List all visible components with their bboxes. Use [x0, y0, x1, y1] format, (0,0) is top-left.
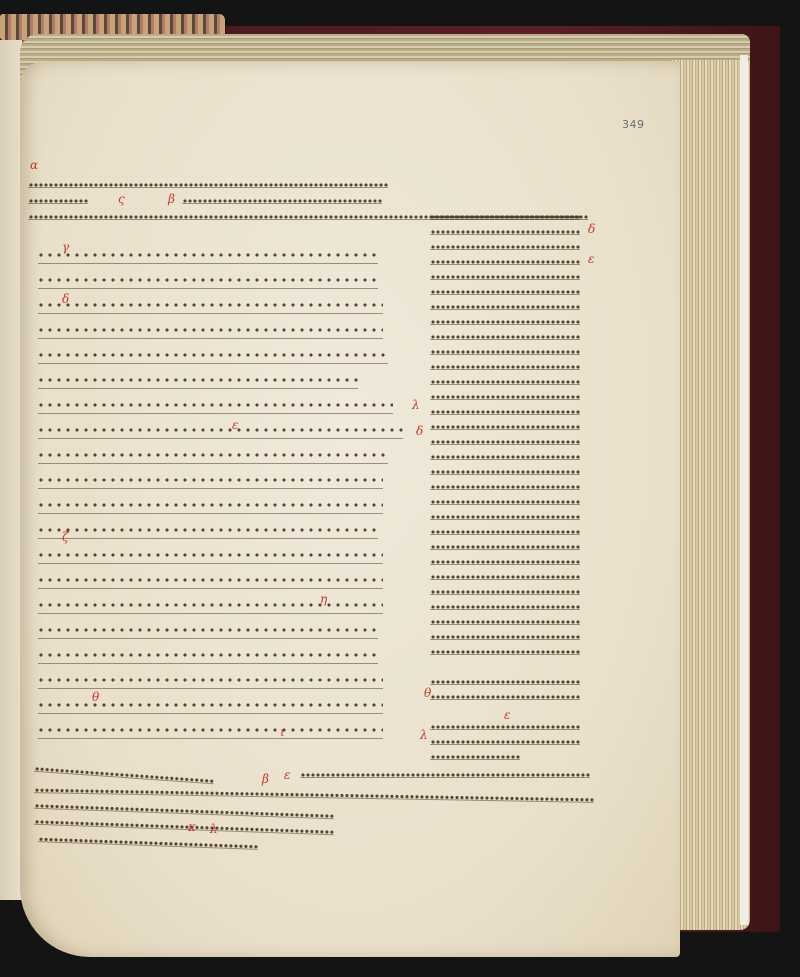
script-line [38, 550, 383, 564]
rubric-mark: λ [210, 822, 218, 836]
script-line [430, 737, 580, 745]
script-line [38, 350, 388, 364]
script-line [430, 482, 580, 490]
script-line [430, 587, 580, 595]
rubric-mark: ι [280, 725, 285, 739]
rubric-mark: ε [284, 768, 290, 782]
rubric-mark: λ [412, 398, 420, 412]
script-line [430, 377, 580, 385]
script-line [430, 302, 580, 310]
script-line [38, 425, 403, 439]
rubric-mark: ε [504, 708, 510, 722]
script-line [38, 475, 383, 489]
script-line [38, 450, 388, 464]
script-line [38, 325, 383, 339]
script-line [38, 525, 378, 539]
page-fore-edges [672, 60, 750, 930]
rubric-mark: γ [62, 240, 69, 254]
script-line [430, 617, 580, 625]
script-line [430, 392, 580, 400]
script-line [28, 180, 388, 188]
script-line [430, 692, 580, 700]
script-line [38, 250, 378, 264]
rubric-mark: ζ [62, 530, 69, 544]
script-line [430, 407, 580, 415]
script-line [430, 212, 580, 220]
rubric-mark: ε [588, 252, 594, 266]
script-line [38, 650, 378, 664]
script-line [430, 452, 580, 460]
script-line [430, 467, 580, 475]
script-line [38, 375, 358, 389]
script-line [38, 300, 383, 314]
script-line [38, 625, 378, 639]
script-line [430, 632, 580, 640]
rubric-mark: λ [420, 728, 428, 742]
script-line [430, 557, 580, 565]
script-line [430, 512, 580, 520]
script-line [430, 317, 580, 325]
script-line [430, 347, 580, 355]
script-line [182, 196, 382, 204]
script-line [430, 647, 580, 655]
rubric-mark: η [320, 592, 327, 606]
rubric-mark: α [30, 158, 38, 172]
script-line [38, 725, 383, 739]
script-line [38, 700, 383, 714]
rubric-mark: ε [232, 418, 238, 432]
script-line [430, 752, 520, 760]
rubric-mark: β [262, 772, 269, 786]
script-line [38, 575, 383, 589]
rubric-mark: δ [62, 292, 69, 306]
script-line [430, 362, 580, 370]
script-line [430, 227, 580, 235]
script-line [430, 527, 580, 535]
script-line [430, 602, 580, 610]
script-line [430, 272, 580, 280]
script-line [430, 722, 580, 730]
rubric-mark: θ [424, 686, 431, 700]
script-line [430, 332, 580, 340]
script-line [38, 275, 378, 289]
script-line [430, 497, 580, 505]
script-line [38, 600, 383, 614]
folio-number: 349 [622, 118, 645, 131]
script-line [430, 242, 580, 250]
script-line [300, 770, 590, 778]
script-line [430, 287, 580, 295]
script-line [430, 542, 580, 550]
rubric-mark: θ [92, 690, 99, 704]
rubric-mark: δ [416, 424, 423, 438]
script-line [38, 675, 383, 689]
script-line [430, 437, 580, 445]
rubric-mark: δ [588, 222, 595, 236]
rubric-mark: ς [118, 192, 125, 206]
script-line [38, 500, 383, 514]
script-line [430, 257, 580, 265]
flyleaf-edge [740, 55, 748, 925]
script-line [28, 196, 88, 204]
script-line [430, 677, 580, 685]
script-line [430, 572, 580, 580]
script-line [38, 400, 393, 414]
rubric-mark: κ [188, 820, 196, 834]
script-line [430, 422, 580, 430]
rubric-mark: β [168, 192, 175, 206]
